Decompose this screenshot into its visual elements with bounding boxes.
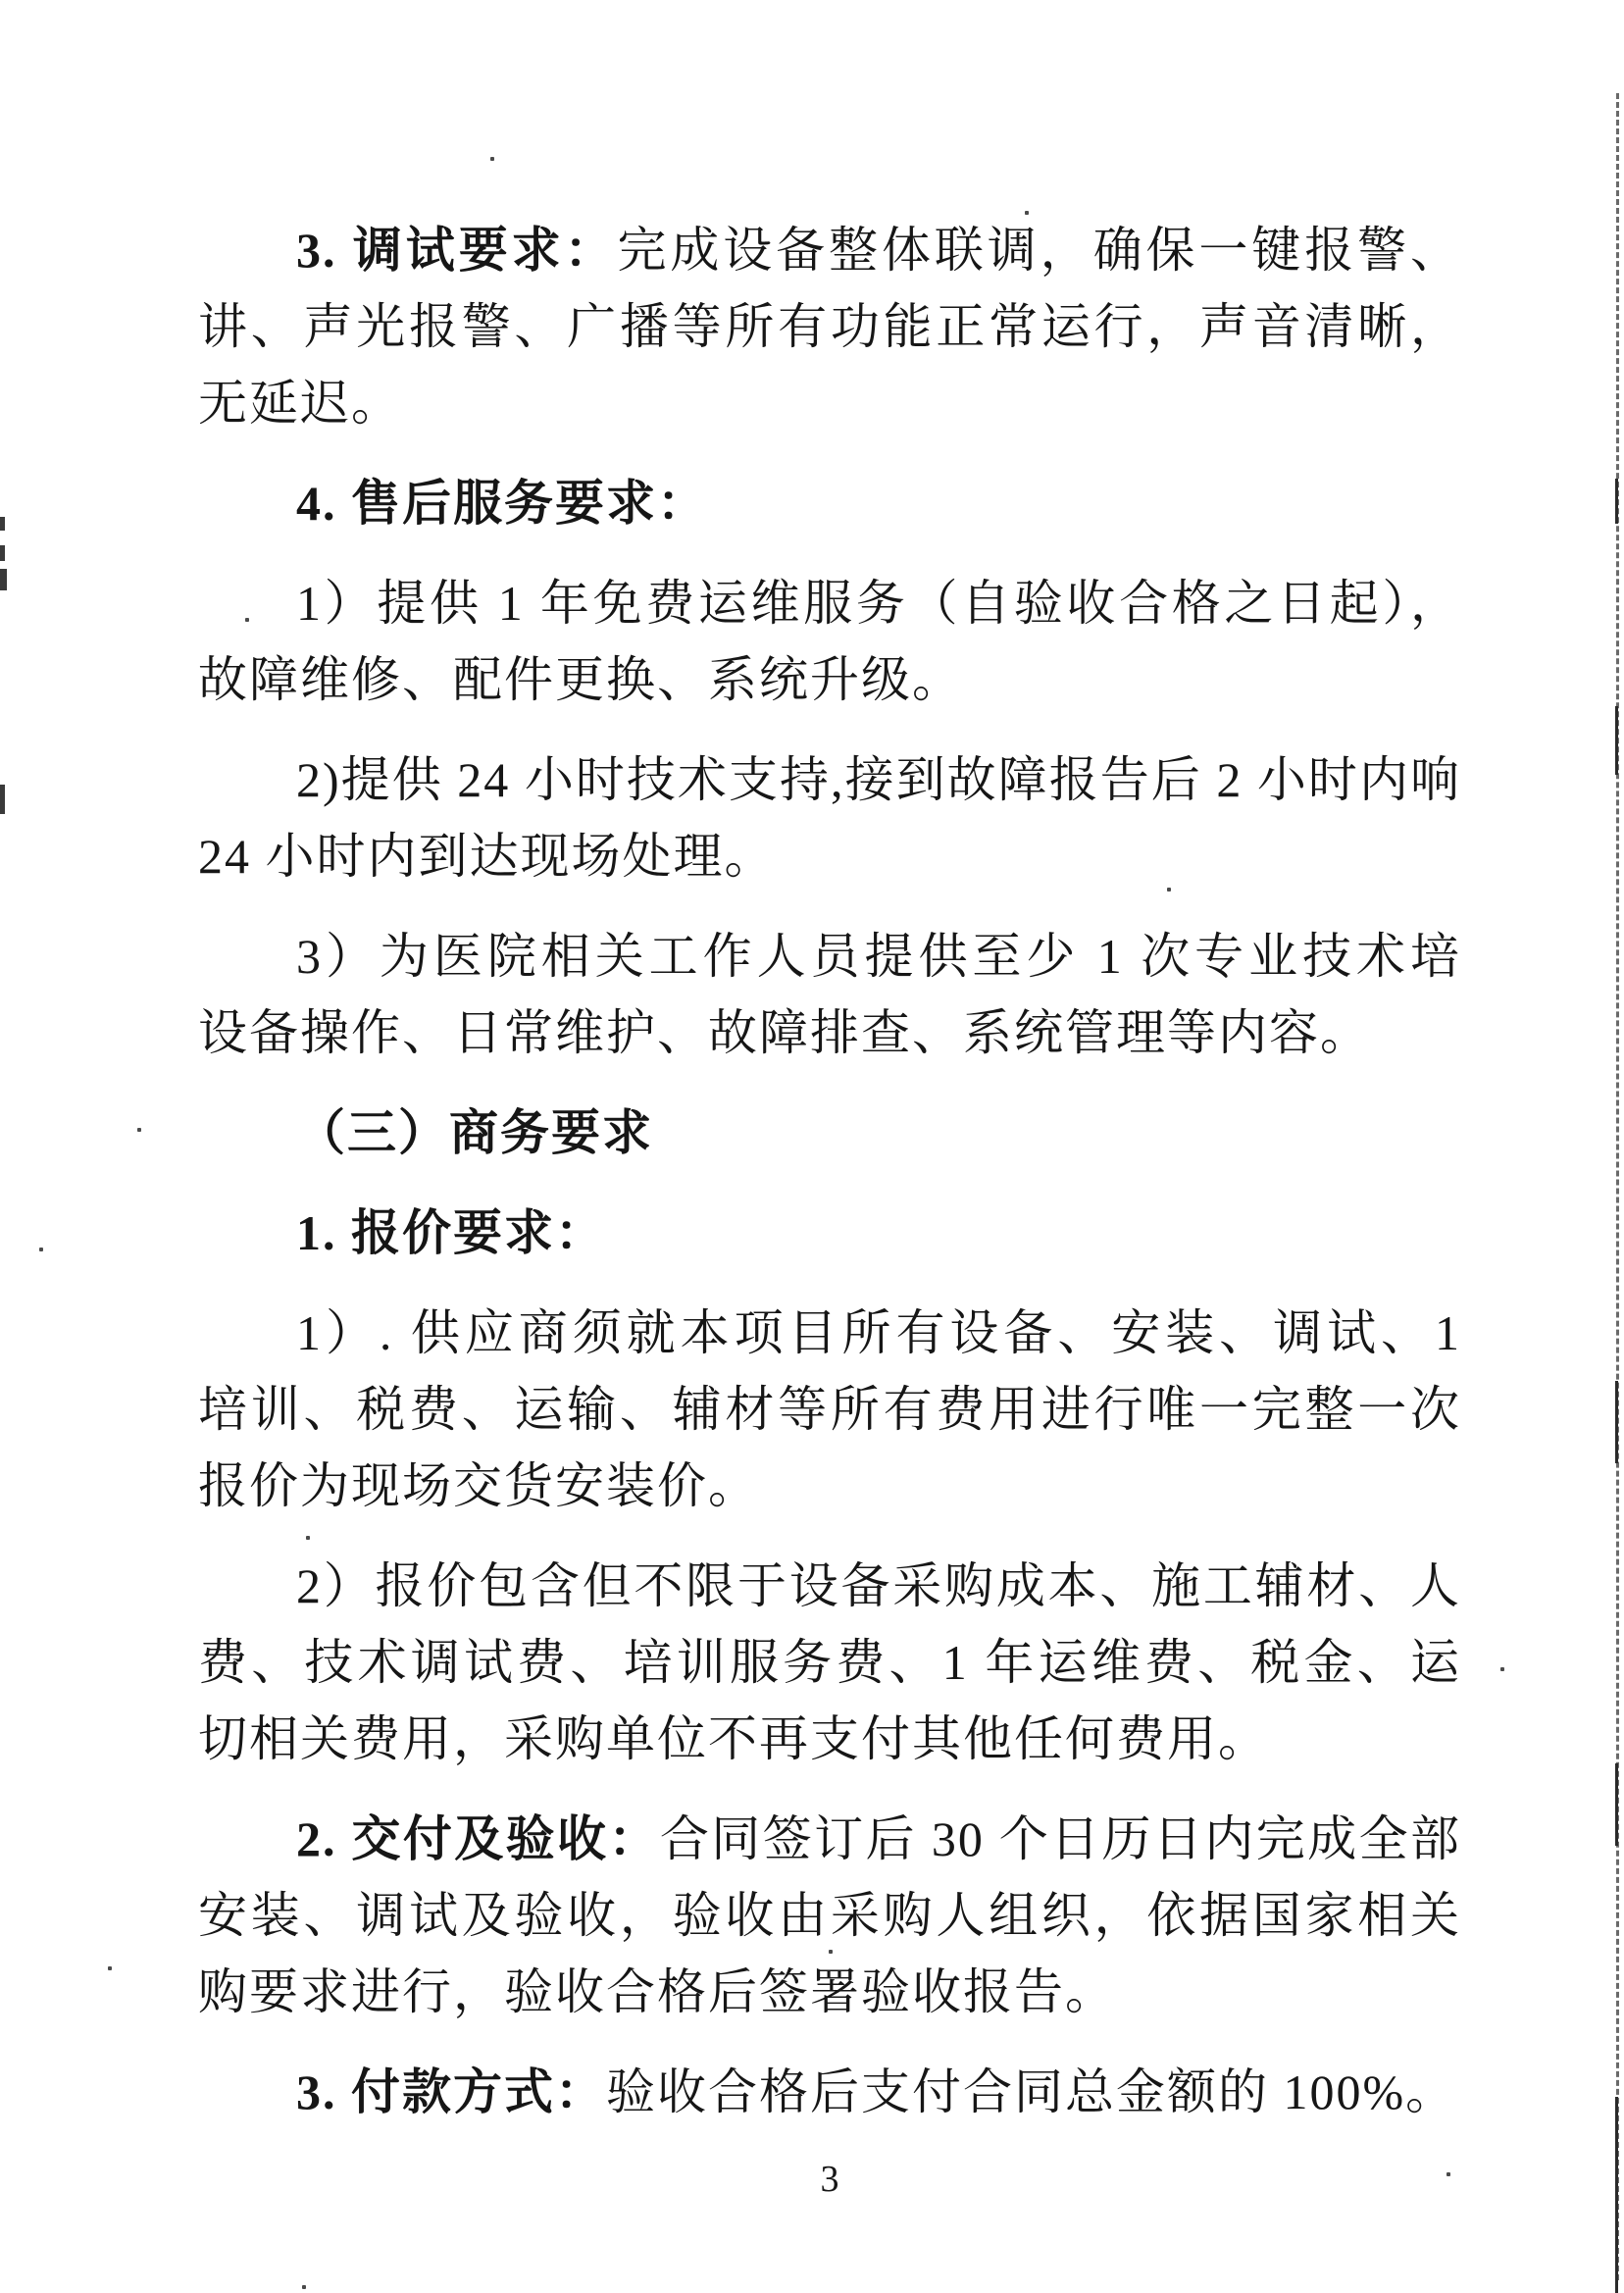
scan-artifact-edge-mark (0, 517, 5, 531)
scan-artifact-line-segment (1615, 1763, 1618, 1846)
document-page: 3. 调试要求：完成设备整体联调，确保一键报警、定位、对 讲、声光报警、广播等所… (0, 0, 1624, 2293)
paragraph-line: 安装、调试及验收，验收由采购人组织，依据国家相关标准及采 (198, 1877, 1461, 1954)
paragraph-line: 讲、声光报警、广播等所有功能正常运行，声音清晰，报警响应 (198, 288, 1461, 365)
paragraph-line: 1）提供 1 年免费运维服务（自验收合格之日起），含设备 (198, 565, 1461, 641)
scan-artifact-speck (1500, 1667, 1504, 1671)
paragraph-lead: 2. 交付及验收： (296, 1811, 660, 1866)
scan-artifact-edge-mark (0, 569, 7, 590)
paragraph-line: 故障维修、配件更换、系统升级。 (198, 641, 1461, 718)
paragraph-service-item-1: 1）提供 1 年免费运维服务（自验收合格之日起），含设备 故障维修、配件更换、系… (198, 565, 1461, 718)
heading-after-sales: 4. 售后服务要求： (198, 465, 1461, 541)
paragraph-line: 培训、税费、运输、辅材等所有费用进行唯一完整一次性报价， (198, 1371, 1461, 1448)
scan-artifact-speck (108, 1966, 112, 1970)
paragraph-line: 1）. 供应商须就本项目所有设备、安装、调试、1 年运维、 (198, 1295, 1461, 1371)
paragraph-line: 3. 付款方式：验收合格后支付合同总金额的 100%。 (198, 2054, 1461, 2130)
paragraph-debug-requirements: 3. 调试要求：完成设备整体联调，确保一键报警、定位、对 讲、声光报警、广播等所… (198, 212, 1461, 441)
scan-artifact-line-segment (1615, 1381, 1618, 1463)
paragraph-line: 切相关费用，采购单位不再支付其他任何费用。 (198, 1701, 1461, 1777)
scan-artifact-edge-mark (0, 785, 5, 814)
section-heading: 4. 售后服务要求： (198, 465, 1461, 541)
paragraph-line: 3. 调试要求：完成设备整体联调，确保一键报警、定位、对 (198, 212, 1461, 288)
paragraph-line: 2. 交付及验收：合同签订后 30 个日历日内完成全部设备的 (198, 1801, 1461, 1877)
paragraph-payment-terms: 3. 付款方式：验收合格后支付合同总金额的 100%。 (198, 2054, 1461, 2130)
scan-artifact-speck (302, 2285, 306, 2289)
scan-artifact-line-segment (1615, 706, 1618, 775)
paragraph-line: 2)提供 24 小时技术支持,接到故障报告后 2 小时内响应, (198, 741, 1461, 818)
document-body: 3. 调试要求：完成设备整体联调，确保一键报警、定位、对 讲、声光报警、广播等所… (198, 212, 1461, 2209)
scan-artifact-dashed-line (1616, 93, 1619, 2280)
scan-artifact-speck (1446, 2172, 1450, 2176)
paragraph-line: 购要求进行，验收合格后签署验收报告。 (198, 1954, 1461, 2030)
paragraph-service-item-2: 2)提供 24 小时技术支持,接到故障报告后 2 小时内响应, 24 小时内到达… (198, 741, 1461, 894)
paragraph-line: 3）为医院相关工作人员提供至少 1 次专业技术培训，涵盖 (198, 918, 1461, 994)
paragraph-line: 2）报价包含但不限于设备采购成本、施工辅材、人工安装 (198, 1548, 1461, 1624)
scan-artifact-speck (245, 618, 249, 622)
scan-artifact-speck (137, 1128, 141, 1132)
paragraph-line: 设备操作、日常维护、故障排查、系统管理等内容。 (198, 994, 1461, 1071)
paragraph-lead: 3. 调试要求： (296, 223, 617, 278)
paragraph-line: 费、技术调试费、培训服务费、1 年运维费、税金、运输费等一 (198, 1624, 1461, 1701)
paragraph-delivery-acceptance: 2. 交付及验收：合同签订后 30 个日历日内完成全部设备的 安装、调试及验收，… (198, 1801, 1461, 2030)
heading-quotation-requirements: 1. 报价要求： (198, 1195, 1461, 1271)
scan-artifact-speck (306, 1536, 310, 1540)
page-number: 3 (198, 2150, 1461, 2209)
section-heading: 1. 报价要求： (198, 1195, 1461, 1271)
scan-artifact-line-segment (1615, 479, 1618, 524)
scan-artifact-speck (39, 1248, 43, 1251)
paragraph-line: 24 小时内到达现场处理。 (198, 818, 1461, 894)
scan-artifact-speck (1167, 888, 1171, 892)
scan-artifact-speck (490, 157, 494, 161)
scan-artifact-speck (829, 1950, 833, 1954)
paragraph-service-item-3: 3）为医院相关工作人员提供至少 1 次专业技术培训，涵盖 设备操作、日常维护、故… (198, 918, 1461, 1071)
section-heading: （三）商务要求 (198, 1095, 1461, 1171)
paragraph-line: 报价为现场交货安装价。 (198, 1448, 1461, 1524)
paragraph-quotation-item-1: 1）. 供应商须就本项目所有设备、安装、调试、1 年运维、 培训、税费、运输、辅… (198, 1295, 1461, 1524)
scan-artifact-edge-mark (0, 545, 5, 561)
scan-artifact-speck (1025, 211, 1029, 215)
paragraph-text: 验收合格后支付合同总金额的 100%。 (606, 2064, 1456, 2119)
paragraph-quotation-item-2: 2）报价包含但不限于设备采购成本、施工辅材、人工安装 费、技术调试费、培训服务费… (198, 1548, 1461, 1777)
scan-artifact-line-segment (1615, 2097, 1618, 2293)
heading-business-requirements: （三）商务要求 (198, 1095, 1461, 1171)
paragraph-lead: 3. 付款方式： (296, 2064, 606, 2119)
paragraph-line: 无延迟。 (198, 365, 1461, 441)
